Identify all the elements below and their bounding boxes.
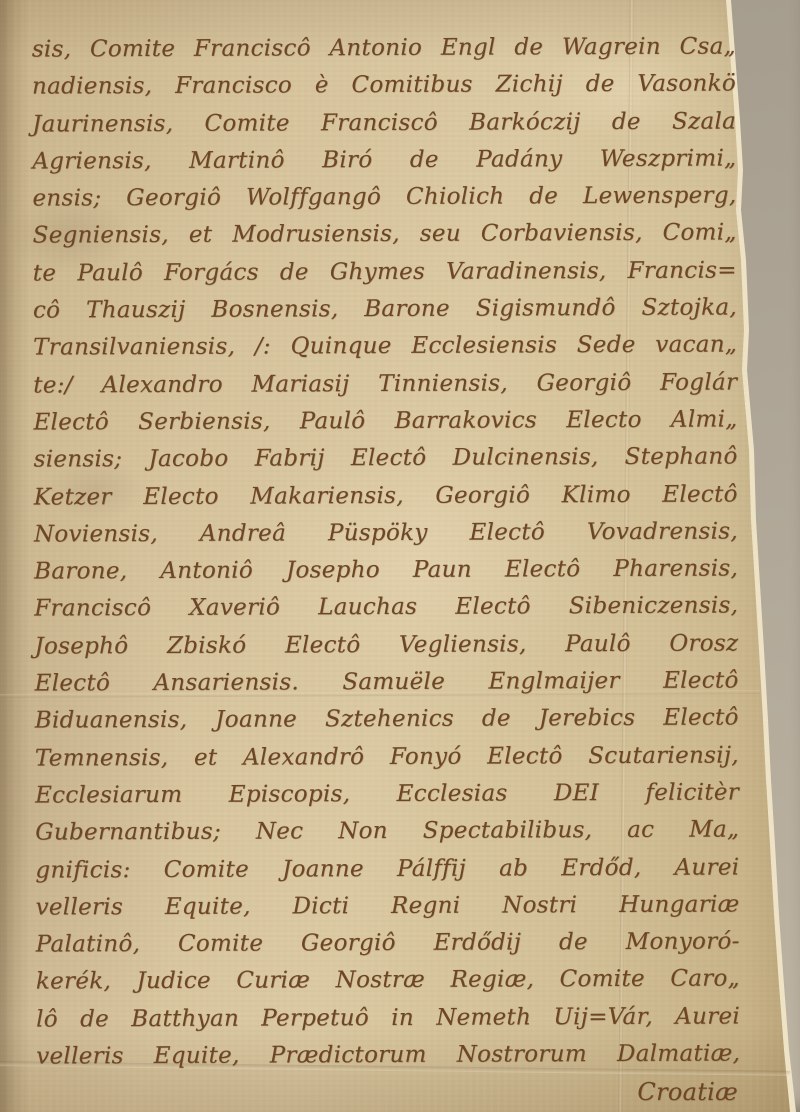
- manuscript-line: Biduanensis, Joanne Sztehenics de Jerebi…: [35, 700, 739, 740]
- manuscript-line: kerék, Judice Curiæ Nostræ Regiæ, Comite…: [36, 961, 740, 1001]
- manuscript-line: te:/ Alexandro Mariasij Tinniensis, Geor…: [33, 364, 737, 404]
- manuscript-line: ensis; Georgiô Wolffgangô Chiolich de Le…: [32, 178, 736, 218]
- manuscript-line: Gubernantibus; Nec Non Spectabilibus, ac…: [35, 812, 739, 852]
- manuscript-line: te Paulô Forgács de Ghymes Varadinensis,…: [33, 252, 737, 292]
- closing-word: Croatiæ: [34, 1074, 780, 1111]
- manuscript-line: sis, Comite Franciscô Antonio Engl de Wa…: [32, 28, 736, 68]
- photo-background: sis, Comite Franciscô Antonio Engl de Wa…: [0, 0, 800, 1112]
- manuscript-line: Jaurinensis, Comite Franciscô Barkóczij …: [32, 103, 736, 143]
- manuscript-line: Ecclesiarum Episcopis, Ecclesias DEI fel…: [35, 774, 739, 814]
- manuscript-line: Barone, Antoniô Josepho Paun Electô Phar…: [34, 551, 738, 591]
- manuscript-line: Franciscô Xaveriô Lauchas Electô Sibenic…: [34, 588, 738, 628]
- manuscript-line: Ketzer Electo Makariensis, Georgiô Klimo…: [34, 476, 738, 516]
- manuscript-text: sis, Comite Franciscô Antonio Engl de Wa…: [32, 28, 741, 1075]
- manuscript-line: nadiensis, Francisco è Comitibus Zichij …: [32, 66, 736, 106]
- manuscript-line: Electô Ansariensis. Samuële Englmaijer E…: [34, 663, 738, 703]
- manuscript-line: Segniensis, et Modrusiensis, seu Corbavi…: [33, 215, 737, 255]
- manuscript-line: Electô Serbiensis, Paulô Barrakovics Ele…: [33, 401, 737, 441]
- manuscript-line: Palatinô, Comite Georgiô Erdődij de Mony…: [36, 924, 740, 964]
- manuscript-line: velleris Equite, Dicti Regni Nostri Hung…: [35, 886, 739, 926]
- manuscript-line: gnificis: Comite Joanne Pálffij ab Erdőd…: [35, 849, 739, 889]
- manuscript-line: lô de Batthyan Perpetuô in Nemeth Uij=Vá…: [36, 998, 740, 1038]
- manuscript-line: siensis; Jacobo Fabrij Electô Dulcinensi…: [34, 439, 738, 479]
- manuscript-line: Transilvaniensis, /: Quinque Ecclesiensi…: [33, 327, 737, 367]
- manuscript-line: Noviensis, Andreâ Püspöky Electô Vovadre…: [34, 513, 738, 553]
- manuscript-line: Agriensis, Martinô Biró de Padány Weszpr…: [32, 140, 736, 180]
- manuscript-line: velleris Equite, Prædictorum Nostrorum D…: [36, 1035, 740, 1075]
- manuscript-line: cô Thauszij Bosnensis, Barone Sigismundô…: [33, 290, 737, 330]
- manuscript-line: Temnensis, et Alexandrô Fonyó Electô Scu…: [35, 737, 739, 777]
- manuscript-line: Josephô Zbiskó Electô Vegliensis, Paulô …: [34, 625, 738, 665]
